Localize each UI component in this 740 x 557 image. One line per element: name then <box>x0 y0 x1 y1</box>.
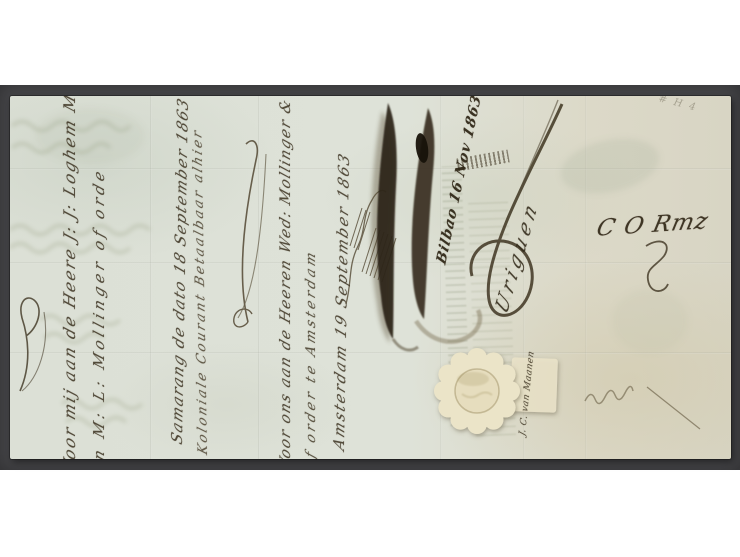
fold-crease <box>440 96 442 459</box>
endorsement-middle-line1: Samarang de dato 18 September 1863 <box>168 96 192 447</box>
endorsement-right-line1: Voor ons aan de Heeren Wed: Mollinger & … <box>278 96 294 459</box>
auction-photo-page: Voor mij aan de Heere J: J: Loghem Meije… <box>0 0 740 557</box>
pencil-note: # H 4 <box>657 96 698 114</box>
endorsement-right-line3: Amsterdam 19 September 1863 <box>330 149 353 453</box>
endorsement-left-line2: en M: L: Mollinger of orde <box>90 165 108 459</box>
handstamp-show-through <box>35 108 688 353</box>
ink-artwork-layer <box>10 96 731 459</box>
document-photograph: Voor mij aan de Heere J: J: Loghem Meije… <box>0 85 740 470</box>
initials-right: C O Rmz <box>594 208 711 242</box>
paraph-left-edge <box>20 298 46 391</box>
fold-crease <box>10 168 731 170</box>
fold-crease <box>258 96 260 459</box>
hatch-cancel-signature <box>346 190 396 304</box>
endorsement-left-line1: Voor mij aan de Heere J: J: Loghem Meije… <box>60 96 79 459</box>
paraph-bottom-right <box>585 386 700 429</box>
fold-crease <box>585 96 587 459</box>
fold-crease <box>10 262 731 264</box>
initials-flourish <box>646 241 668 291</box>
seal-annotation: J. C. van Maanen <box>518 350 537 438</box>
fold-crease <box>10 352 731 354</box>
bill-of-exchange-reverse: Voor mij aan de Heere J: J: Loghem Meije… <box>10 96 731 459</box>
endorsement-middle-line2: Koloniale Courant Betaalbaar alhier <box>190 127 211 457</box>
fold-crease <box>150 96 152 459</box>
endorsement-right-line2: of order te Amsterdam <box>303 247 319 459</box>
